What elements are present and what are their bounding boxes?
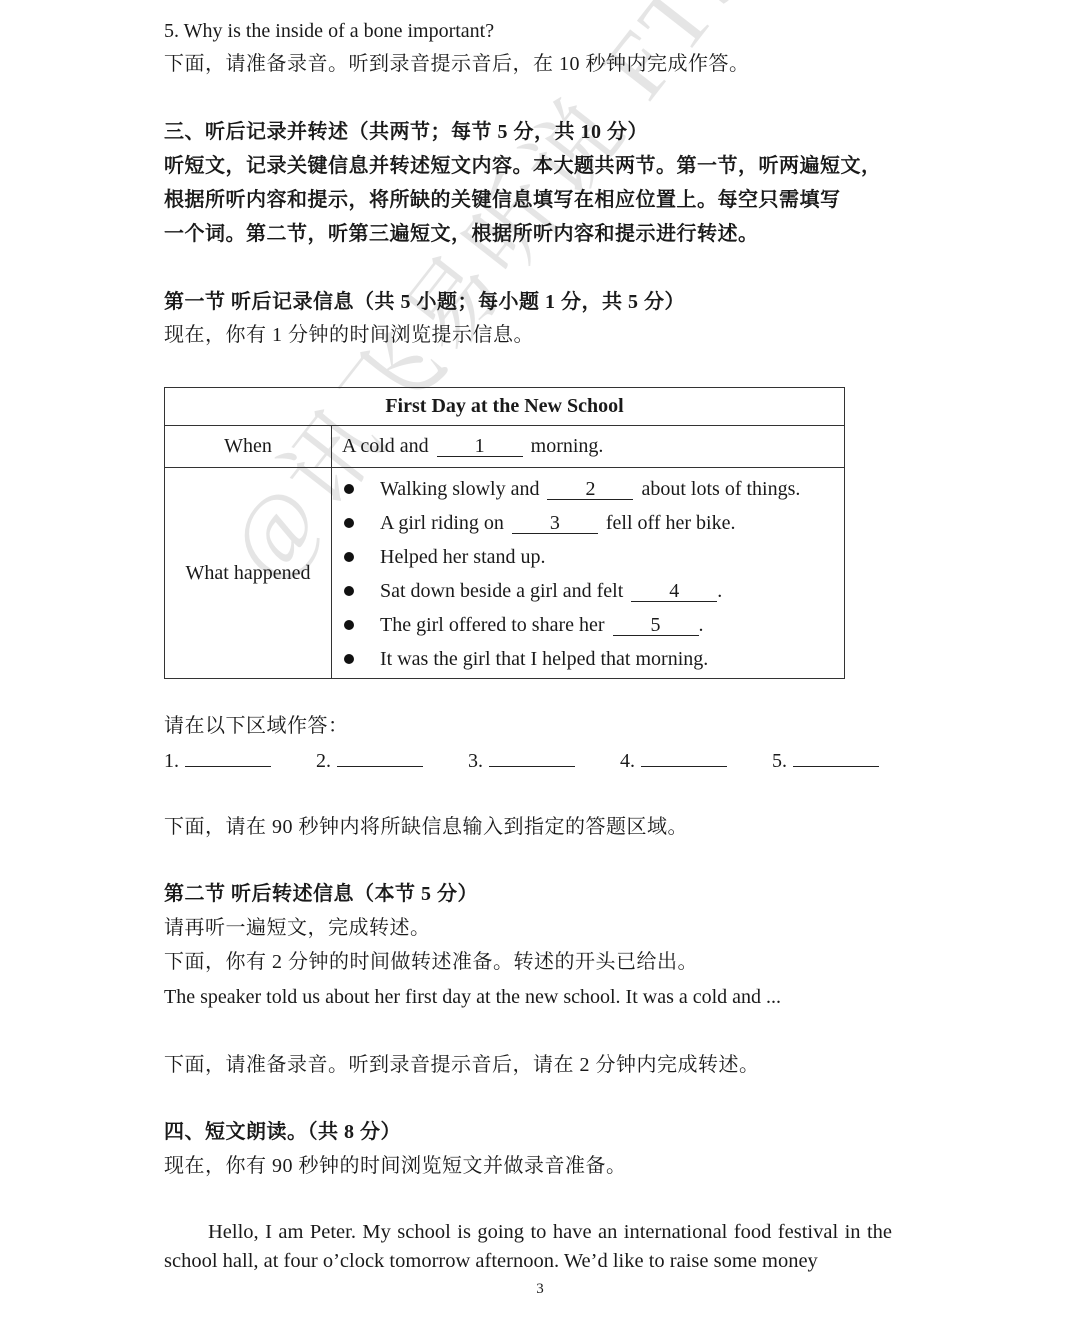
bullet-icon bbox=[344, 586, 354, 596]
answer-3[interactable]: 3. bbox=[468, 746, 620, 775]
event-text: Walking slowly and bbox=[380, 478, 539, 500]
question-5-instruction: 下面，请准备录音。听到录音提示音后，在 10 秒钟内完成作答。 bbox=[164, 50, 750, 78]
blank-2: 2 bbox=[547, 479, 633, 500]
event-text-after: . bbox=[699, 614, 704, 636]
event-item: It was the girl that I helped that morni… bbox=[342, 642, 844, 676]
section1-after-instruction: 下面，请在 90 秒钟内将所缺信息输入到指定的答题区域。 bbox=[164, 813, 688, 841]
event-item: A girl riding on3fell off her bike. bbox=[342, 506, 844, 540]
event-item: Sat down beside a girl and felt4. bbox=[342, 574, 844, 608]
section1-instruction: 现在，你有 1 分钟的时间浏览提示信息。 bbox=[164, 321, 534, 349]
answer-blank-1[interactable] bbox=[185, 746, 271, 767]
answer-blank-5[interactable] bbox=[793, 746, 879, 767]
bullet-icon bbox=[344, 552, 354, 562]
answer-5[interactable]: 5. bbox=[772, 746, 924, 775]
info-table: First Day at the New School When A cold … bbox=[164, 387, 845, 679]
part3-intro-line-2: 根据所听内容和提示，将所缺的关键信息填写在相应位置上。每空只需填写 bbox=[164, 186, 841, 214]
when-label: When bbox=[165, 426, 332, 468]
events-list: Walking slowly and2about lots of things.… bbox=[342, 468, 844, 678]
section2-line-2: 下面，你有 2 分钟的时间做转述准备。转述的开头已给出。 bbox=[164, 948, 698, 976]
part3-intro-line-1: 听短文，记录关键信息并转述短文内容。本大题共两节。第一节，听两遍短文， bbox=[164, 152, 882, 180]
event-text: Sat down beside a girl and felt bbox=[380, 580, 623, 602]
event-text: The girl offered to share her bbox=[380, 614, 605, 636]
table-title: First Day at the New School bbox=[165, 388, 845, 426]
event-item: The girl offered to share her5. bbox=[342, 608, 844, 642]
answer-label: 2. bbox=[316, 750, 331, 772]
event-item: Walking slowly and2about lots of things. bbox=[342, 472, 844, 506]
blank-5: 5 bbox=[613, 615, 699, 636]
answer-prompt: 请在以下区域作答： bbox=[164, 712, 349, 740]
answer-label: 1. bbox=[164, 750, 179, 772]
part3-heading: 三、听后记录并转述（共两节；每节 5 分，共 10 分） bbox=[164, 118, 648, 146]
answer-1[interactable]: 1. bbox=[164, 746, 316, 775]
section1-heading: 第一节 听后记录信息（共 5 小题；每小题 1 分，共 5 分） bbox=[164, 288, 685, 316]
answer-4[interactable]: 4. bbox=[620, 746, 772, 775]
section2-line-1: 请再听一遍短文，完成转述。 bbox=[164, 914, 431, 942]
bullet-icon bbox=[344, 620, 354, 630]
part4-instruction: 现在，你有 90 秒钟的时间浏览短文并做录音准备。 bbox=[164, 1152, 627, 1180]
event-item: Helped her stand up. bbox=[342, 540, 844, 574]
events-cell: Walking slowly and2about lots of things.… bbox=[332, 468, 845, 679]
event-text: Helped her stand up. bbox=[380, 546, 546, 568]
event-text-after: fell off her bike. bbox=[606, 512, 736, 534]
answer-label: 4. bbox=[620, 750, 635, 772]
answer-label: 3. bbox=[468, 750, 483, 772]
event-text: A girl riding on bbox=[380, 512, 504, 534]
answer-label: 5. bbox=[772, 750, 787, 772]
blank-3: 3 bbox=[512, 513, 598, 534]
answer-blank-2[interactable] bbox=[337, 746, 423, 767]
reading-passage: Hello, I am Peter. My school is going to… bbox=[164, 1218, 892, 1276]
when-content: A cold and1morning. bbox=[332, 426, 845, 468]
bullet-icon bbox=[344, 654, 354, 664]
part4-heading: 四、短文朗读。（共 8 分） bbox=[164, 1118, 401, 1146]
bullet-icon bbox=[344, 484, 354, 494]
event-text: It was the girl that I helped that morni… bbox=[380, 648, 708, 670]
table-row-when: When A cold and1morning. bbox=[165, 426, 845, 468]
when-before: A cold and bbox=[342, 435, 429, 457]
blank-4: 4 bbox=[631, 581, 717, 602]
event-text-after: about lots of things. bbox=[641, 478, 800, 500]
what-happened-label: What happened bbox=[165, 468, 332, 679]
answer-area: 1. 2. 3. 4. 5. bbox=[164, 746, 924, 775]
passage-text: Hello, I am Peter. My school is going to… bbox=[164, 1218, 892, 1276]
when-after: morning. bbox=[531, 435, 604, 457]
answer-blank-4[interactable] bbox=[641, 746, 727, 767]
retelling-opening: The speaker told us about her first day … bbox=[164, 983, 781, 1011]
page-number: 3 bbox=[0, 1281, 1080, 1298]
part3-intro-line-3: 一个词。第二节，听第三遍短文，根据所听内容和提示进行转述。 bbox=[164, 220, 759, 248]
section2-heading: 第二节 听后转述信息（本节 5 分） bbox=[164, 880, 478, 908]
table-row-what-happened: What happened Walking slowly and2about l… bbox=[165, 468, 845, 679]
blank-1: 1 bbox=[437, 436, 523, 457]
event-text-after: . bbox=[717, 580, 722, 602]
answer-blank-3[interactable] bbox=[489, 746, 575, 767]
question-5-text: 5. Why is the inside of a bone important… bbox=[164, 17, 494, 45]
answer-2[interactable]: 2. bbox=[316, 746, 468, 775]
bullet-icon bbox=[344, 518, 354, 528]
section2-instruction: 下面，请准备录音。听到录音提示音后，请在 2 分钟内完成转述。 bbox=[164, 1051, 760, 1079]
